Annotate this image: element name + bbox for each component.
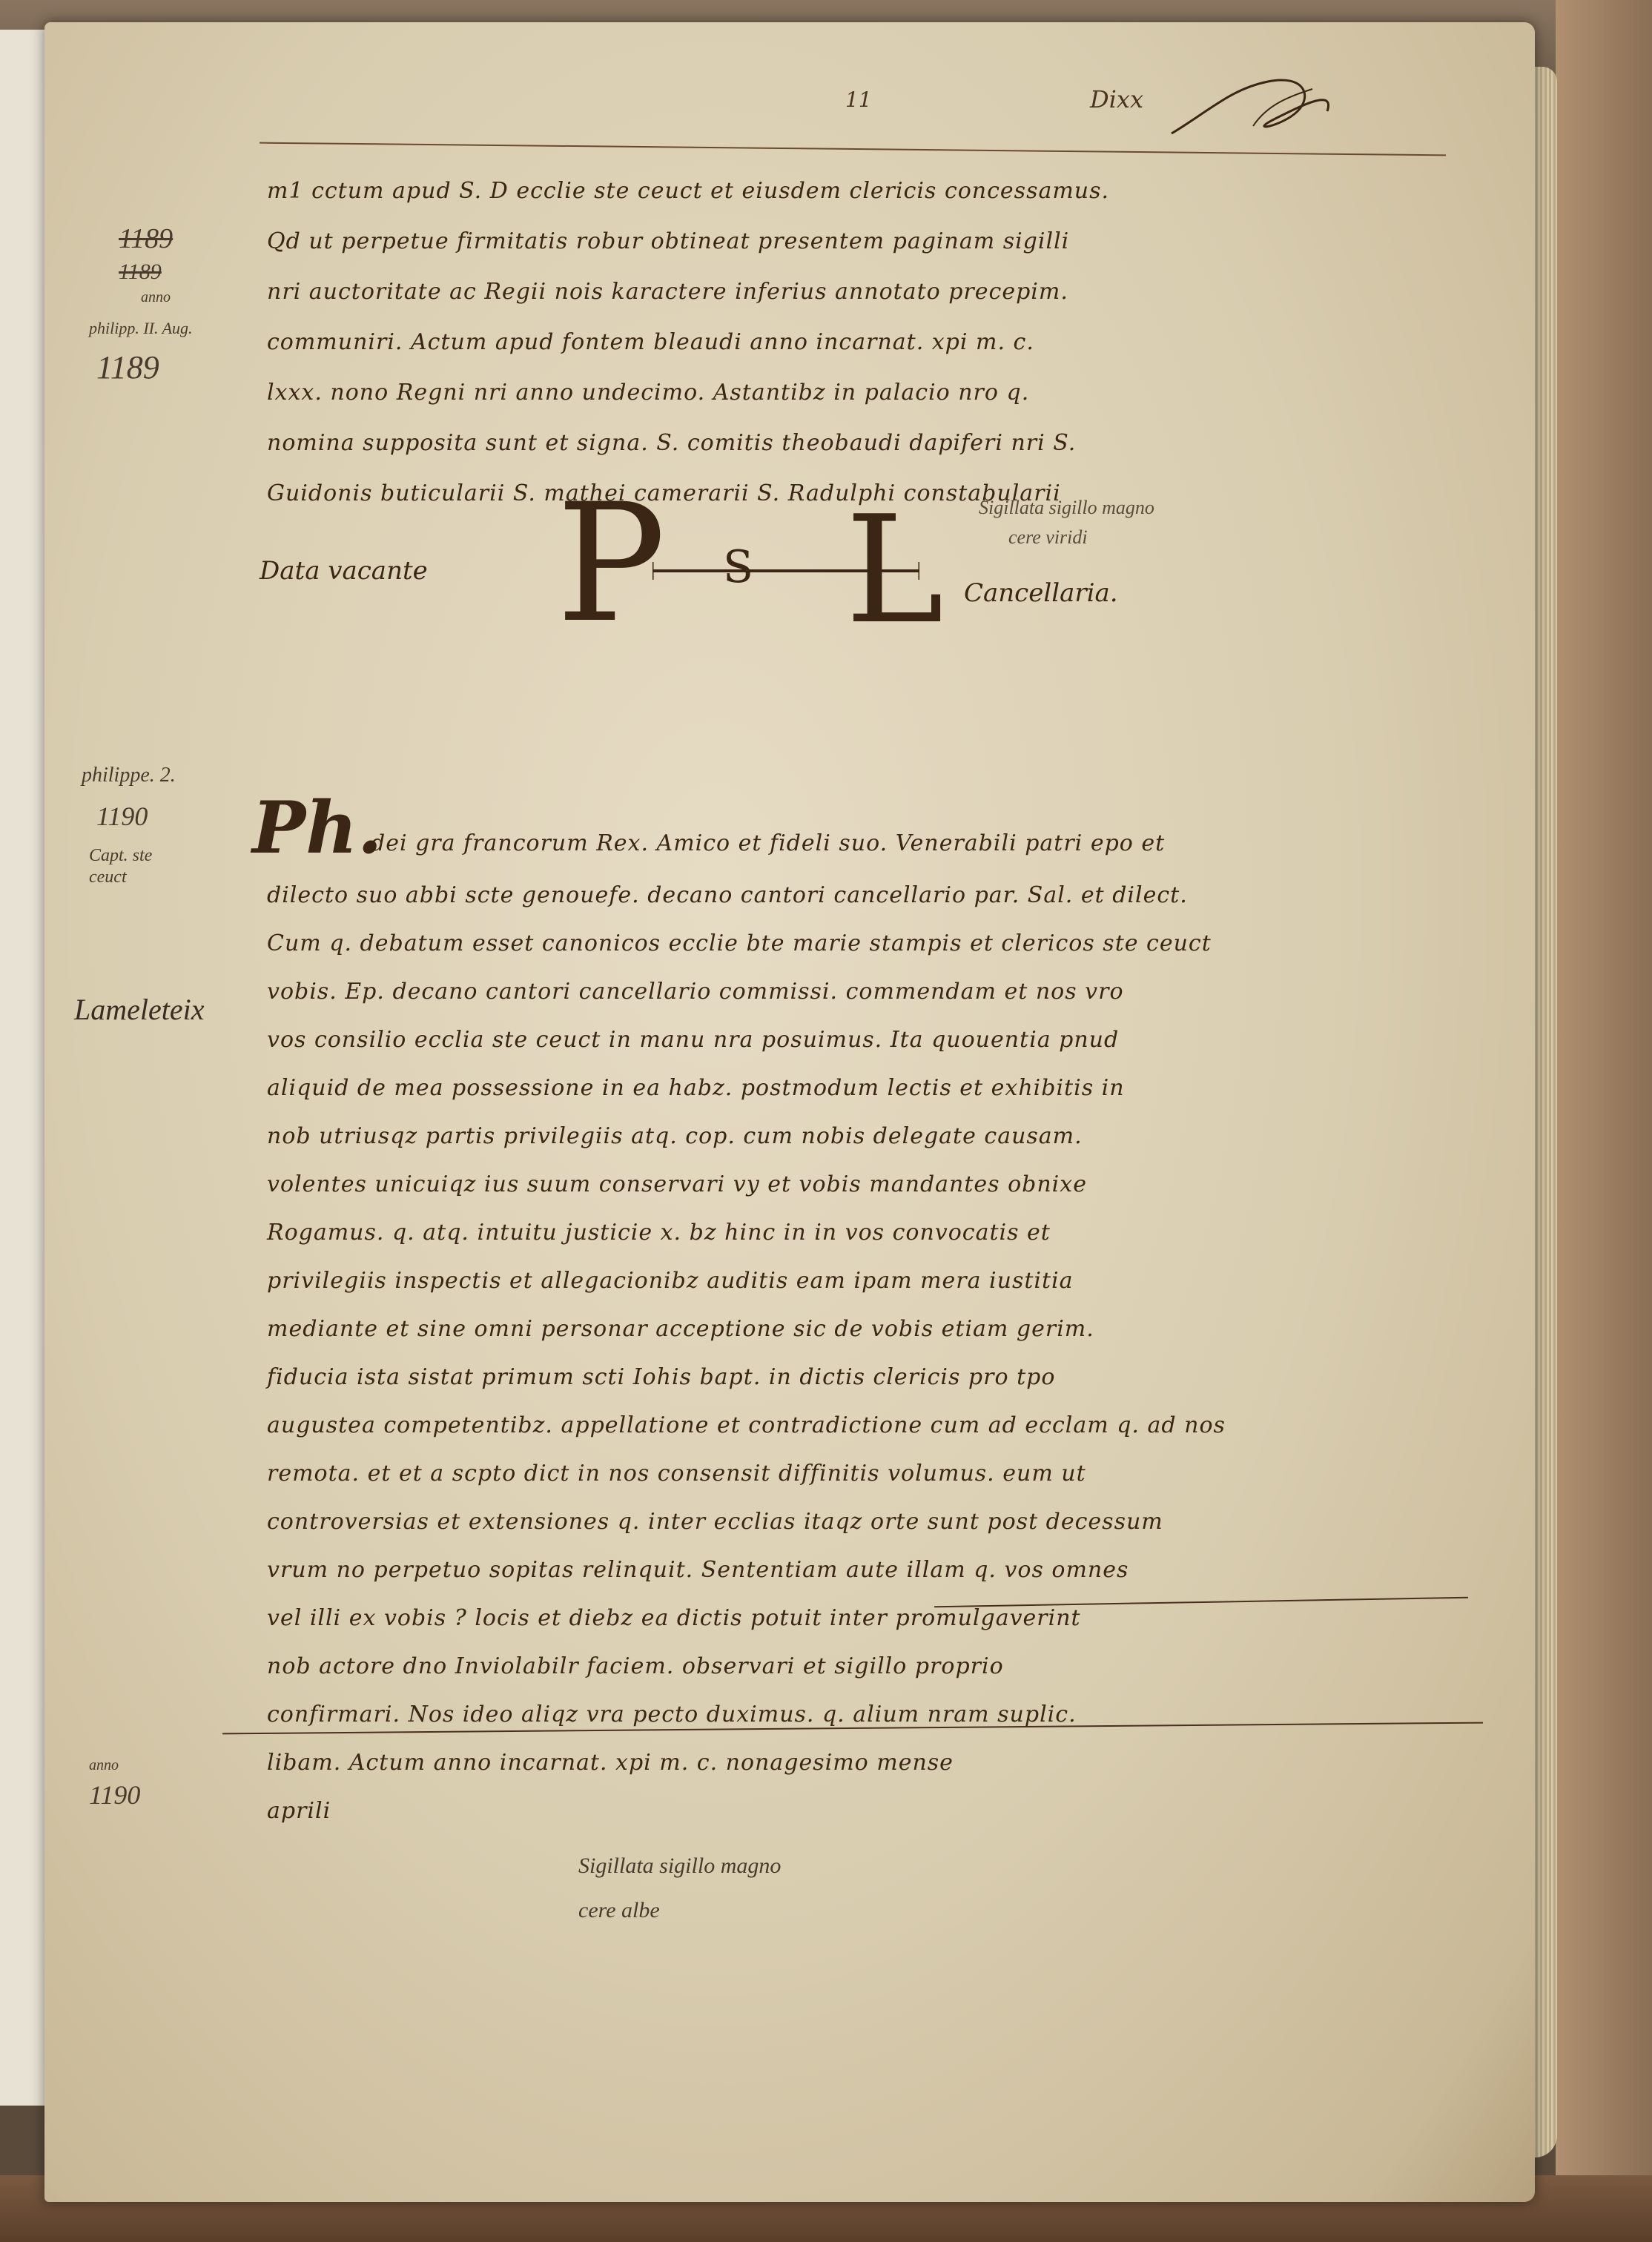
margin-year-3: 1190	[89, 1779, 140, 1811]
decorated-initial: Ph.	[252, 786, 382, 870]
text-line: vobis. Ep. decano cantori cancellario co…	[267, 979, 1226, 1027]
cancellaria-label: Cancellaria.	[964, 578, 1118, 608]
text-line: privilegiis inspectis et allegacionibz a…	[267, 1268, 1226, 1316]
section-two-first-line: dei gra francorum Rex. Amico et fideli s…	[371, 830, 1165, 856]
margin-annotation-name: Lameleteix	[74, 993, 200, 1026]
text-line: libam. Actum anno incarnat. xpi m. c. no…	[267, 1750, 1226, 1798]
margin-king-name: philipp. II. Aug.	[89, 319, 193, 338]
seal-note-1-line-1: Sigillata sigillo magno	[979, 497, 1154, 519]
margin-year: 1189	[96, 348, 159, 386]
margin-chapter-note: Capt. ste ceuct	[89, 845, 193, 888]
text-line: fiducia ista sistat primum scti Iohis ba…	[267, 1364, 1226, 1412]
text-line: m1 cctum apud S. D ecclie ste ceuct et e…	[267, 178, 1109, 228]
margin-anno: anno	[141, 289, 171, 306]
text-line: vos consilio ecclia ste ceuct in manu nr…	[267, 1027, 1226, 1075]
text-line: dei gra francorum Rex. Amico et fideli s…	[371, 830, 1165, 856]
text-line: nob actore dno Inviolabilr faciem. obser…	[267, 1653, 1226, 1702]
royal-monogram-right: L	[845, 497, 944, 645]
seal-note-2-line-1: Sigillata sigillo magno	[578, 1854, 781, 1879]
margin-anno-2: anno	[89, 1757, 119, 1774]
royal-monogram-left: P	[556, 482, 666, 645]
data-vacante-label: Data vacante	[260, 556, 428, 586]
text-line: volentes unicuiqz ius suum conservari vy…	[267, 1171, 1226, 1220]
text-line: Cum q. debatum esset canonicos ecclie bt…	[267, 930, 1226, 979]
text-line: vel illi ex vobis ? locis et diebz ea di…	[267, 1605, 1226, 1653]
text-line: aprili	[267, 1798, 1226, 1846]
manuscript-page: 11 Dixx 1189 1189 anno philipp. II. Aug.…	[44, 22, 1535, 2202]
text-line: Qd ut perpetue firmitatis robur obtineat…	[267, 228, 1109, 279]
section-one-text: m1 cctum apud S. D ecclie ste ceuct et e…	[267, 178, 1109, 531]
royal-monogram-middle: S	[723, 541, 753, 593]
text-line: nri auctoritate ac Regii nois karactere …	[267, 279, 1109, 329]
top-right-mark: Dixx	[1090, 85, 1143, 113]
section-two-text: dilecto suo abbi scte genouefe. decano c…	[267, 882, 1226, 1846]
seal-note-1-line-2: cere viridi	[1008, 526, 1088, 549]
text-line: vrum no perpetuo sopitas relinquit. Sent…	[267, 1557, 1226, 1605]
folio-number: 11	[845, 87, 872, 112]
text-line: controversias et extensiones q. inter ec…	[267, 1509, 1226, 1557]
text-line: mediante et sine omni personar acception…	[267, 1316, 1226, 1364]
text-line: lxxx. nono Regni nri anno undecimo. Asta…	[267, 380, 1109, 430]
flourish-signature-icon	[1164, 67, 1342, 148]
text-line: nob utriusqz partis privilegiis atq. cop…	[267, 1123, 1226, 1171]
margin-year-struck-2: 1189	[119, 259, 162, 285]
text-line: dilecto suo abbi scte genouefe. decano c…	[267, 882, 1226, 930]
text-line: communiri. Actum apud fontem bleaudi ann…	[267, 329, 1109, 380]
margin-year-struck: 1189	[119, 222, 173, 255]
text-line: aliquid de mea possessione in ea habz. p…	[267, 1075, 1226, 1123]
text-line: Rogamus. q. atq. intuitu justicie x. bz …	[267, 1220, 1226, 1268]
text-line: nomina supposita sunt et signa. S. comit…	[267, 430, 1109, 480]
margin-year-2: 1190	[96, 801, 148, 832]
text-line: augustea competentibz. appellatione et c…	[267, 1412, 1226, 1461]
seal-note-2-line-2: cere albe	[578, 1898, 660, 1923]
background-right	[1556, 0, 1652, 2242]
margin-king-name-2: philippe. 2.	[82, 764, 176, 787]
text-line: remota. et et a scpto dict in nos consen…	[267, 1461, 1226, 1509]
